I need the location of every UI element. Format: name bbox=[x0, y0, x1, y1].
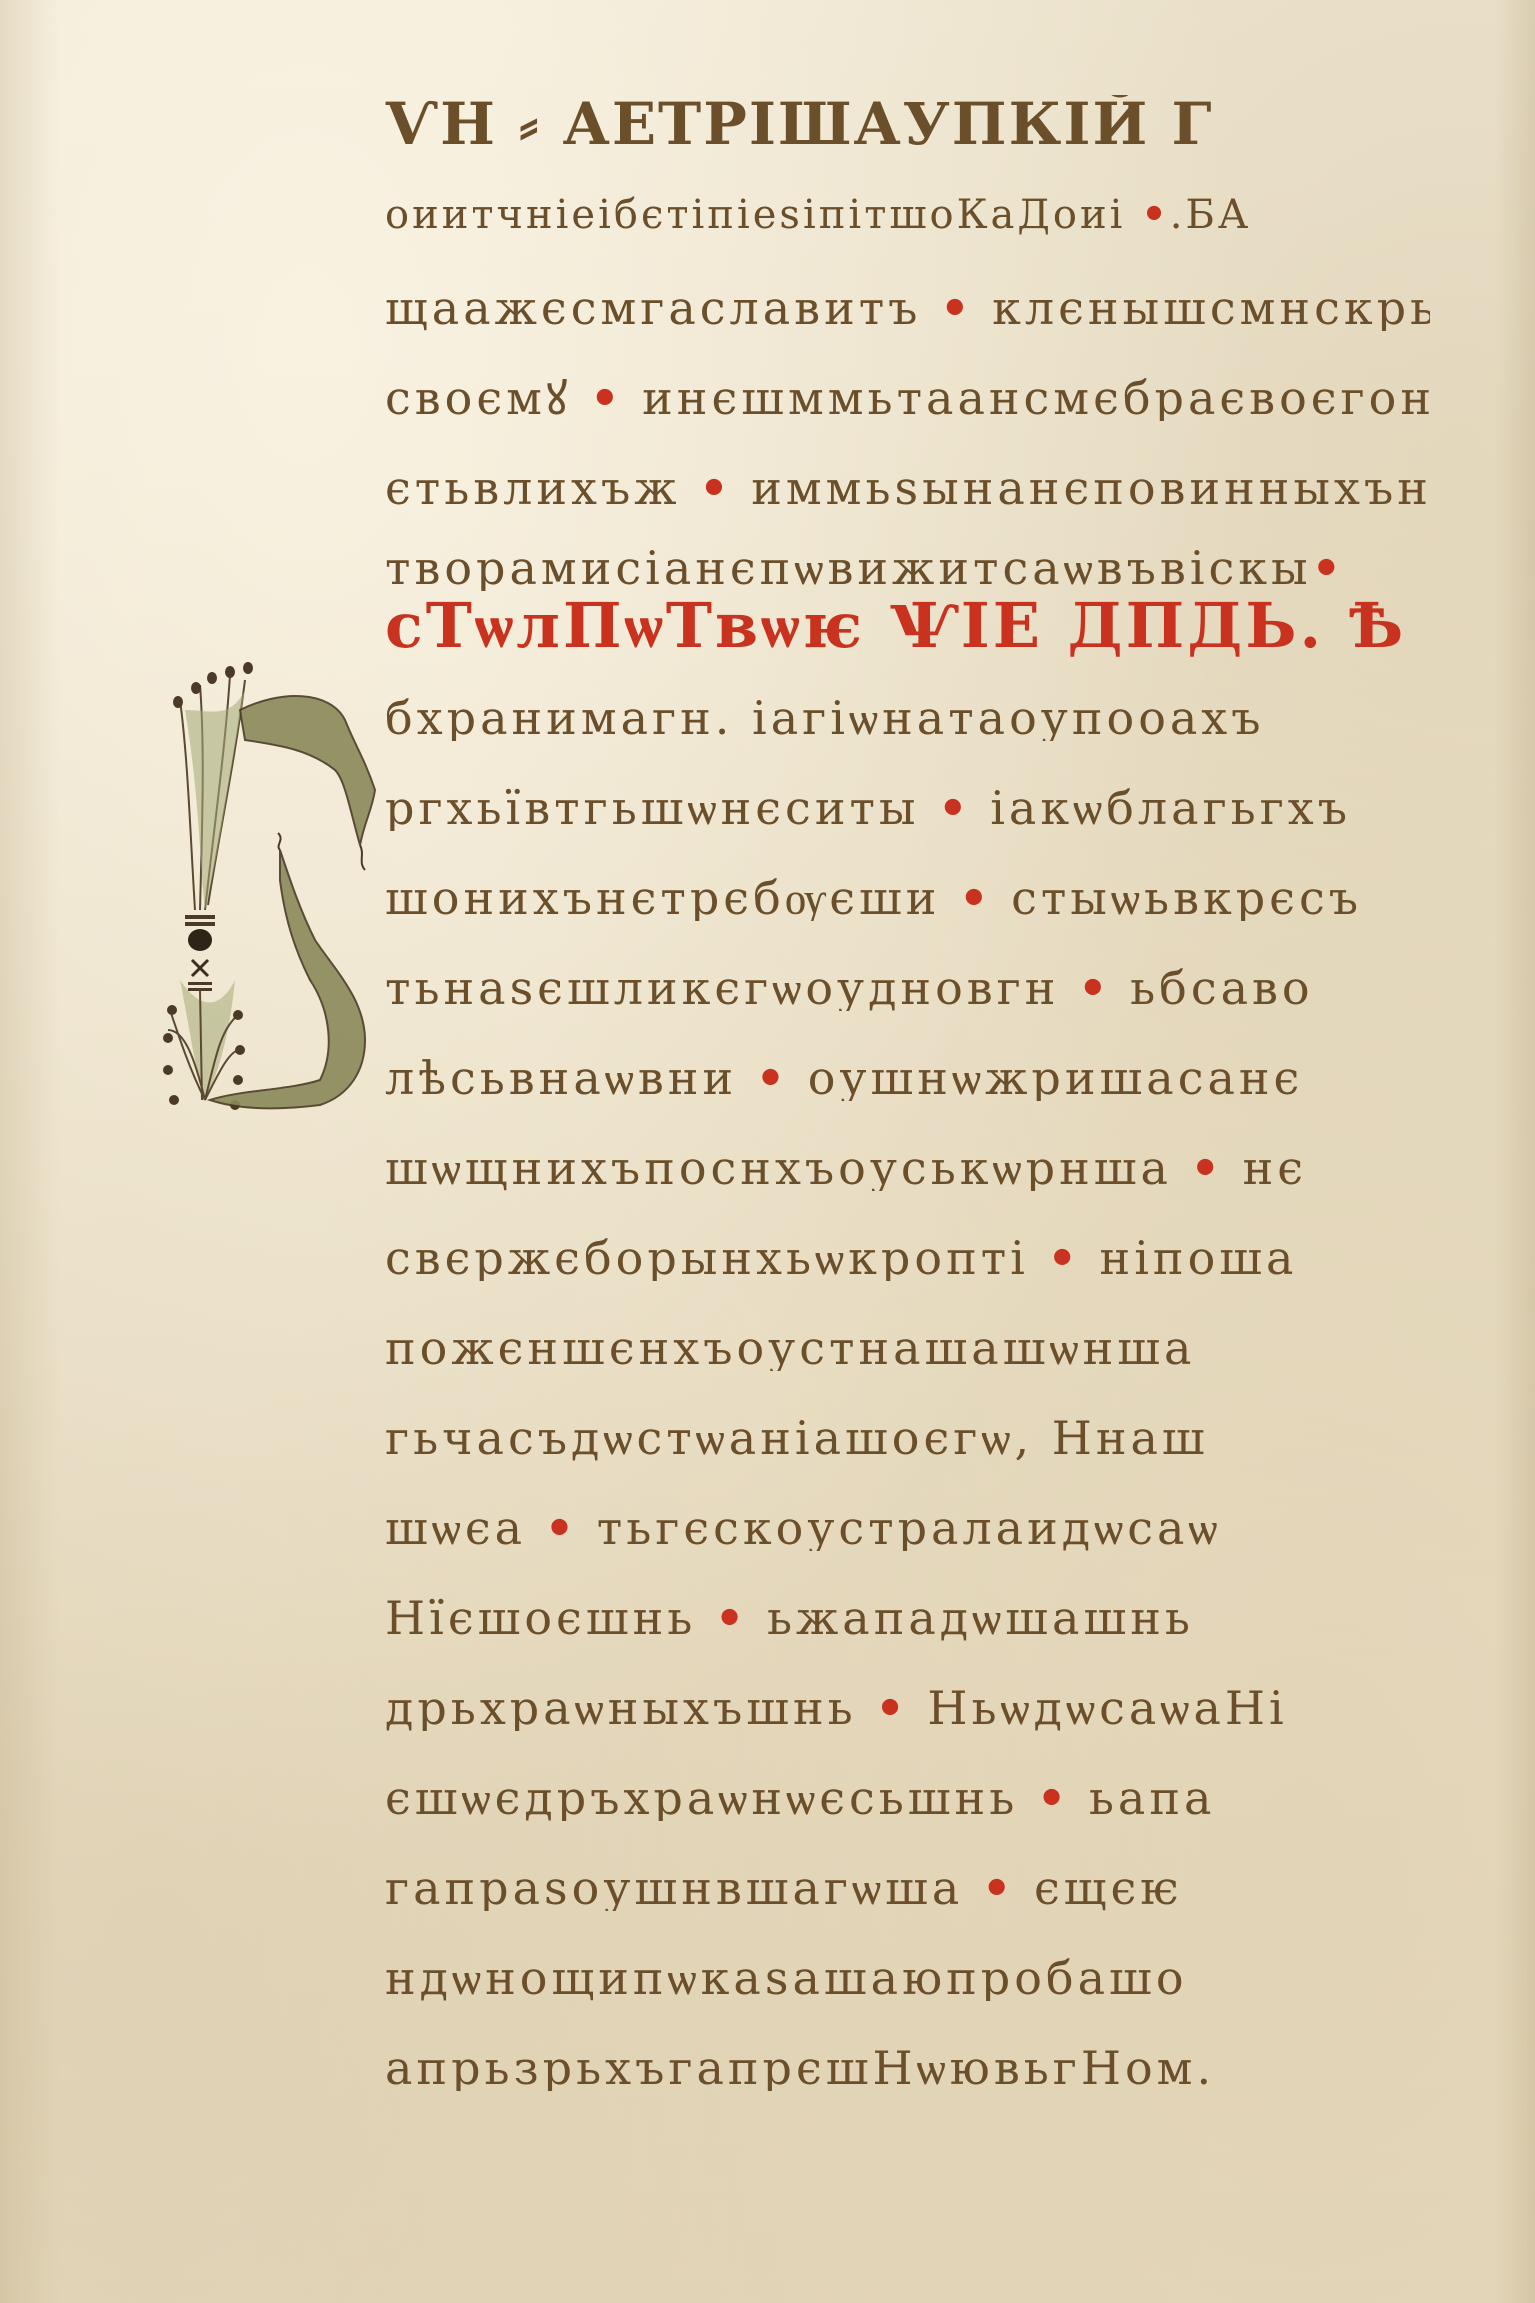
line-text-after: клєнышсмнскрьнємоу bbox=[992, 285, 1430, 331]
line-text-after: иммьѕынанєповинныхънєпріаъ. bbox=[751, 465, 1430, 511]
rubric-text: сТѡлПѡТвѡѥ ѰІЕ ДПДЬ. Ѣ bbox=[385, 595, 1406, 657]
line-text: шонихънєтрєбѹєши bbox=[385, 875, 940, 921]
text-line-1: ѴН ⸗ АЕТРІШАУПКІЙ Г bbox=[385, 95, 1430, 153]
line-text-end: .БА bbox=[1170, 195, 1251, 235]
text-line-5: єтьвлихъж • иммьѕынанєповинныхънєпріаъ. bbox=[385, 465, 1430, 511]
red-punctuation-dot: • bbox=[590, 375, 623, 421]
line-text-after: НьѡдѡсаѡаНі bbox=[927, 1685, 1287, 1731]
line-text: ндѡнощипѡкаѕашаюпробашо bbox=[385, 1955, 1188, 2001]
red-punctuation-dot: • bbox=[1312, 545, 1345, 591]
line-text: шѡєа bbox=[385, 1505, 526, 1551]
line-text-after: єщєѥ bbox=[1034, 1865, 1183, 1911]
rubric-line: сТѡлПѡТвѡѥ ѰІЕ ДПДЬ. Ѣ bbox=[385, 595, 1430, 657]
red-punctuation-dot: • bbox=[938, 785, 971, 831]
text-line-6: творамисіанєпѡвижитсаѡвъвіскы• bbox=[385, 545, 1430, 591]
decorated-initial-icon bbox=[160, 650, 400, 1120]
text-line-13: шѡщнихъпоснхъоуськѡрнша • нє bbox=[385, 1145, 1430, 1191]
text-line-14: свєржєборынхьѡкропті • ніпоша bbox=[385, 1235, 1430, 1281]
line-text-after: стыѡьвкрєсъ bbox=[1011, 875, 1362, 921]
red-punctuation-dot: • bbox=[940, 285, 973, 331]
line-text: оиитчніеібєтіпіеѕіпітшоКаДоиі bbox=[385, 195, 1125, 235]
text-line-12: лѣсьвнаѡвни • оушнѡжришасанє bbox=[385, 1055, 1430, 1101]
line-text-after: ніпоша bbox=[1100, 1235, 1298, 1281]
line-text: Нїєшоєшнь bbox=[385, 1595, 696, 1641]
text-line-19: дрьхраѡныхъшнь • НьѡдѡсаѡаНі bbox=[385, 1685, 1430, 1731]
line-text-after: ьжападѡшашнь bbox=[767, 1595, 1194, 1641]
red-punctuation-dot: • bbox=[959, 875, 992, 921]
line-text: бхранимагн bbox=[385, 695, 715, 741]
text-line-18: Нїєшоєшнь • ьжападѡшашнь bbox=[385, 1595, 1430, 1641]
page-edge bbox=[1495, 0, 1535, 2303]
text-line-10: шонихънєтрєбѹєши • стыѡьвкрєсъ bbox=[385, 875, 1430, 921]
line-text: свєржєборынхьѡкропті bbox=[385, 1235, 1029, 1281]
red-punctuation-dot: • bbox=[1037, 1775, 1070, 1821]
text-line-9: ргхьївтгьшѡнєситы • іакѡблагьгхъ bbox=[385, 785, 1430, 831]
line-text-after: ьбсаво bbox=[1130, 965, 1314, 1011]
red-punctuation-dot: • bbox=[1048, 1235, 1081, 1281]
red-punctuation-dot: • bbox=[715, 1595, 748, 1641]
text-line-17: шѡєа • тьгєскоустралаидѡсаѡ bbox=[385, 1505, 1430, 1551]
line-text: ргхьївтгьшѡнєситы bbox=[385, 785, 920, 831]
line-text-after: іакѡблагьгхъ bbox=[990, 785, 1351, 831]
red-punctuation-dot: • bbox=[545, 1505, 578, 1551]
line-text-after: нє bbox=[1243, 1145, 1307, 1191]
text-line-23: апрьзрьхъгапрєшНѡювьгНом. bbox=[385, 2045, 1430, 2091]
line-text: своємꙋ bbox=[385, 375, 571, 421]
text-line-20: єшѡєдръхраѡнѡєсьшнь • ьапа bbox=[385, 1775, 1430, 1821]
line-text-after: . іагіѡнатаоупооахъ bbox=[715, 695, 1265, 741]
text-line-16: гьчасъдѡстѡаніашоєгѡ, Ннаш bbox=[385, 1415, 1430, 1461]
red-punctuation-dot: • bbox=[756, 1055, 789, 1101]
line-text: ѴН ⸗ АЕТРІШАУПКІЙ Г bbox=[385, 95, 1214, 153]
text-line-22: ндѡнощипѡкаѕашаюпробашо bbox=[385, 1955, 1430, 2001]
line-text-after: тьгєскоустралаидѡсаѡ bbox=[597, 1505, 1222, 1551]
text-line-4: своємꙋ • инєшммьтаансмєбраєвоєгонєда bbox=[385, 375, 1430, 421]
red-punctuation-dot: • bbox=[982, 1865, 1015, 1911]
line-text: гьчасъдѡстѡаніашоєгѡ, Ннаш bbox=[385, 1415, 1209, 1461]
text-line-8: бхранимагн. іагіѡнатаоупооахъ bbox=[385, 695, 1430, 741]
red-punctuation-dot: • bbox=[1191, 1145, 1224, 1191]
line-text: гапраѕоушнвшагѡша bbox=[385, 1865, 963, 1911]
red-punctuation-dot: • bbox=[1078, 965, 1111, 1011]
red-punctuation-dot: • bbox=[699, 465, 732, 511]
line-text: лѣсьвнаѡвни bbox=[385, 1055, 737, 1101]
line-text: тьнаѕєшликєгѡоудновгн bbox=[385, 965, 1059, 1011]
text-line-11: тьнаѕєшликєгѡоудновгн • ьбсаво bbox=[385, 965, 1430, 1011]
line-text: єтьвлихъж bbox=[385, 465, 681, 511]
line-text: творамисіанєпѡвижитсаѡвъвіскы bbox=[385, 545, 1312, 591]
red-punctuation-dot: • bbox=[875, 1685, 908, 1731]
line-text-after: ьапа bbox=[1089, 1775, 1216, 1821]
text-line-2: оиитчніеібєтіпіеѕіпітшоКаДоиі •.БА bbox=[385, 195, 1430, 235]
line-text: шѡщнихъпоснхъоуськѡрнша bbox=[385, 1145, 1172, 1191]
gutter-shadow bbox=[0, 0, 60, 2303]
line-text: пожєншєнхъоустнашашѡнша bbox=[385, 1325, 1195, 1371]
line-text: щаажєсмгаславитъ bbox=[385, 285, 921, 331]
red-punctuation-dot: • bbox=[1141, 195, 1170, 235]
line-text: єшѡєдръхраѡнѡєсьшнь bbox=[385, 1775, 1018, 1821]
line-text-after: инєшммьтаансмєбраєвоєгонєда bbox=[642, 375, 1430, 421]
text-line-21: гапраѕоушнвшагѡша • єщєѥ bbox=[385, 1865, 1430, 1911]
text-line-15: пожєншєнхъоустнашашѡнша bbox=[385, 1325, 1430, 1371]
line-text-after: оушнѡжришасанє bbox=[808, 1055, 1304, 1101]
line-text: дрьхраѡныхъшнь bbox=[385, 1685, 857, 1731]
line-text: апрьзрьхъгапрєшНѡювьгНом. bbox=[385, 2045, 1215, 2091]
text-line-3: щаажєсмгаславитъ • клєнышсмнскрьнємоу bbox=[385, 285, 1430, 331]
